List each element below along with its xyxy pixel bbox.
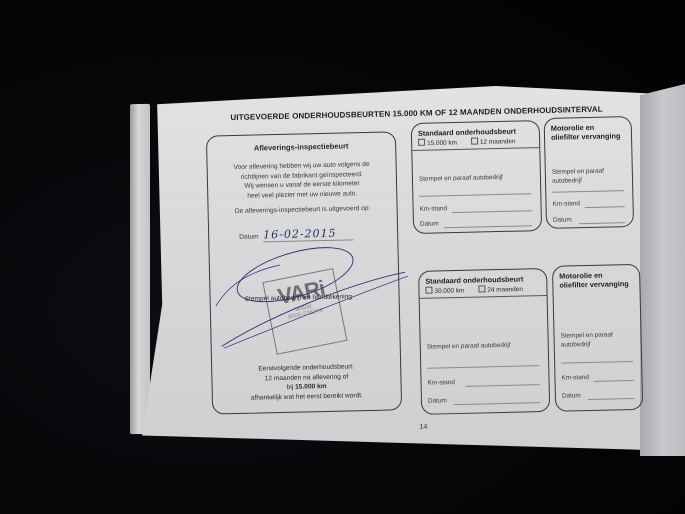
service-card-1: Standaard onderhoudsbeurt 15.000 km 12 m… [411, 120, 542, 234]
service-card-2: Standaard onderhoudsbeurt 30.000 km 24 m… [418, 268, 550, 415]
date-line [588, 398, 634, 400]
oil-stamp-label: Stempel en paraafautobedrijf [552, 168, 605, 186]
stamp-line [552, 190, 624, 193]
km-label: Km-stand [427, 379, 455, 387]
km-label: Km-stand [420, 205, 448, 213]
next-service-note: Eerstvolgende onderhoudsbeurt: 12 maande… [212, 361, 401, 403]
checkbox-icon[interactable] [418, 139, 425, 146]
date-label: Datum [562, 392, 581, 399]
checkbox-icon[interactable] [478, 285, 485, 292]
handwritten-date: 16-02-2015 [263, 227, 337, 242]
oil-heading-line: oliefilter vervanging [559, 279, 633, 290]
oil-heading: Motorolie enoliefilter vervanging [553, 265, 639, 290]
oil-heading-line: oliefilter vervanging [551, 131, 625, 142]
km-option-label: 15.000 km [427, 139, 457, 147]
oil-stamp-label: Stempel en paraafautobedrijf [560, 331, 613, 349]
stamp-line [561, 361, 633, 364]
date-line [444, 225, 532, 228]
oil-heading: Motorolie enoliefilter vervanging [545, 117, 631, 142]
dealer-stamp: VARi WWW. 0000-236274 [262, 268, 347, 355]
date-label: Datum [428, 397, 447, 404]
date-line [454, 402, 540, 405]
checkbox-icon[interactable] [425, 287, 432, 294]
delivery-inspection-card: Afleverings-inspectiebeurt Voor afleveri… [206, 131, 402, 414]
km-option[interactable]: 30.000 km [425, 286, 464, 295]
km-label: Km-stand [552, 200, 580, 208]
performed-on-label: De afleverings-inspectiebeurt is uitgevo… [209, 204, 397, 215]
date-label: Datum [239, 233, 259, 240]
months-option[interactable]: 12 maanden [471, 137, 516, 147]
stamp-label: Stempel en paraaf autobedrijf [419, 174, 503, 183]
date-label: Datum [553, 216, 572, 223]
next-km: 15.000 km [295, 383, 327, 391]
date-label: Datum [420, 220, 439, 227]
oil-card-2: Motorolie enoliefilter vervanging Stempe… [552, 264, 643, 412]
page-number: 14 [419, 424, 427, 431]
stamp-line [419, 193, 531, 197]
km-label: Km-stand [561, 374, 589, 382]
km-line [466, 384, 540, 387]
delivery-intro: Voor aflevering hebben wij uw auto volge… [208, 159, 397, 201]
months-option-label: 24 maanden [487, 286, 523, 294]
oil-stamp-line: Stempel en paraaf [552, 168, 604, 178]
km-option[interactable]: 15.000 km [418, 138, 457, 147]
page-content: UITGEVOERDE ONDERHOUDSBEURTEN 15.000 KM … [190, 86, 653, 446]
months-option-label: 12 maanden [480, 138, 516, 146]
oil-stamp-line: autobedrijf [552, 176, 604, 186]
page-stack-edge [130, 104, 150, 434]
months-option[interactable]: 24 maanden [478, 284, 523, 294]
oil-card-1: Motorolie enoliefilter vervanging Stempe… [544, 116, 634, 229]
stamp-label: Stempel en paraaf autobedrijf [427, 342, 511, 351]
date-line [579, 222, 625, 224]
checkbox-icon[interactable] [471, 137, 478, 144]
stamp-line [427, 365, 539, 369]
delivery-heading: Afleverings-inspectiebeurt [207, 140, 395, 153]
oil-stamp-line: autobedrijf [561, 340, 613, 350]
open-booklet-photo: UITGEVOERDE ONDERHOUDSBEURTEN 15.000 KM … [0, 0, 685, 514]
oil-stamp-line: Stempel en paraaf [560, 331, 612, 341]
km-option-label: 30.000 km [434, 287, 464, 295]
km-line [585, 206, 625, 208]
km-line [594, 380, 634, 382]
km-line [452, 210, 532, 213]
